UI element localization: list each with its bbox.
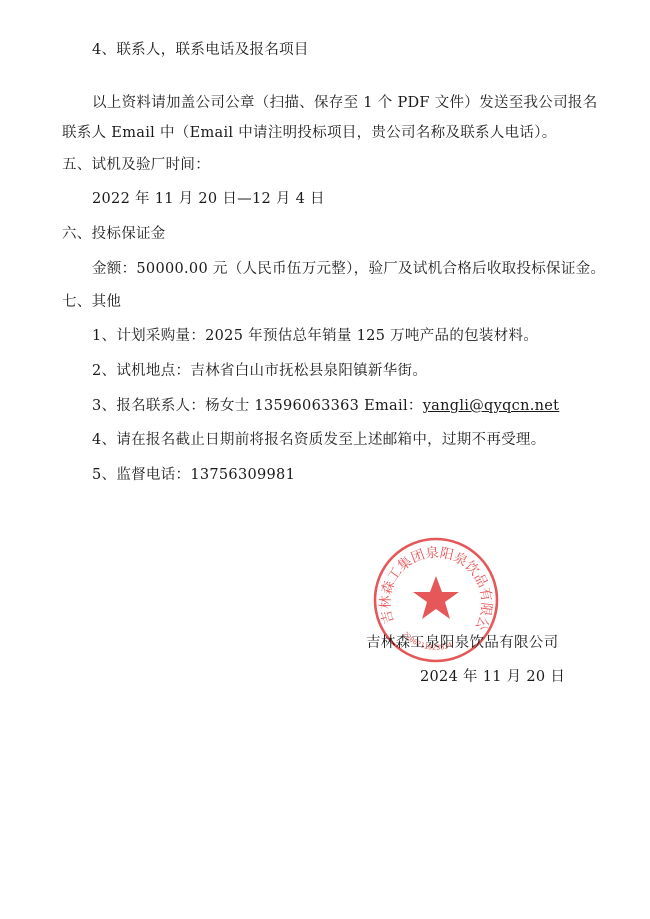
section-6-title: 六、投标保证金 [62, 224, 166, 244]
other-item-1: 1、计划采购量：2025 年预估总年销量 125 万吨产品的包装材料。 [92, 326, 538, 346]
signature-date: 2024 年 11 月 20 日 [420, 667, 565, 687]
item-contact-info: 4、联系人，联系电话及报名项目 [92, 40, 309, 60]
other-item-5: 5、监督电话：13756309981 [92, 465, 295, 485]
submission-instructions-line2: 联系人 Email 中（Email 中请注明投标项目，贵公司名称及联系人电话）。 [62, 123, 557, 143]
other-item-4: 4、请在报名截止日期前将报名资质发至上述邮箱中，过期不再受理。 [92, 430, 546, 450]
other-item-3: 3、报名联系人：杨女士 13596063363 Email：yangli@qyq… [92, 396, 559, 416]
section-5-title: 五、试机及验厂时间： [62, 155, 210, 175]
section-7-title: 七、其他 [62, 292, 121, 312]
deposit-amount: 金额：50000.00 元（人民币伍万元整），验厂及试机合格后收取投标保证金。 [92, 259, 605, 279]
other-item-2: 2、试机地点：吉林省白山市抚松县泉阳镇新华街。 [92, 361, 427, 381]
submission-instructions-line1: 以上资料请加盖公司公章（扫描、保存至 1 个 PDF 文件）发送至我公司报名 [92, 93, 598, 113]
contact-person-text: 3、报名联系人：杨女士 13596063363 Email： [92, 398, 423, 414]
email-link[interactable]: yangli@qyqcn.net [423, 398, 560, 414]
signature-company: 吉林森工泉阳泉饮品有限公司 [366, 633, 558, 653]
trial-date-range: 2022 年 11 月 20 日—12 月 4 日 [92, 189, 325, 209]
